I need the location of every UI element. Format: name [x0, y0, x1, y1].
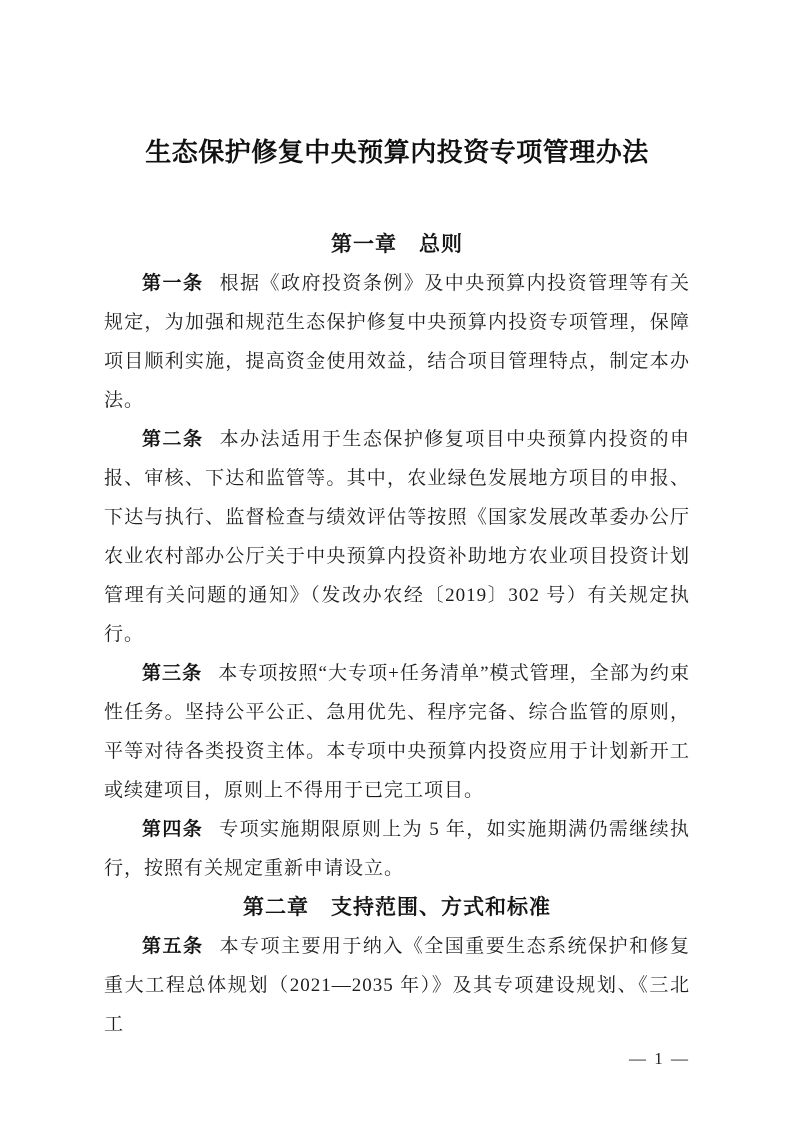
article-2-text: 本办法适用于生态保护修复项目中央预算内投资的申报、审核、下达和监管等。其中，农业… [104, 429, 690, 645]
article-2-number: 第二条 [142, 429, 203, 450]
article-3-number: 第三条 [142, 663, 202, 684]
article-1-number: 第一条 [142, 273, 203, 294]
document-title: 生态保护修复中央预算内投资专项管理办法 [104, 0, 690, 173]
article-1: 第一条根据《政府投资条例》及中央预算内投资管理等有关规定，为加强和规范生态保护修… [104, 264, 690, 420]
page-number: — 1 — [104, 1044, 690, 1074]
chapter-1-heading: 第一章 总则 [104, 225, 690, 264]
article-5-number: 第五条 [142, 936, 203, 957]
chapter-2-heading: 第二章 支持范围、方式和标准 [104, 888, 690, 927]
article-3: 第三条本专项按照“大专项+任务清单”模式管理，全部为约束性任务。坚持公平公正、急… [104, 654, 690, 810]
article-2: 第二条本办法适用于生态保护修复项目中央预算内投资的申报、审核、下达和监管等。其中… [104, 420, 690, 654]
article-4-number: 第四条 [142, 819, 203, 840]
article-4: 第四条专项实施期限原则上为 5 年，如实施期满仍需继续执行，按照有关规定重新申请… [104, 810, 690, 888]
document-page: 生态保护修复中央预算内投资专项管理办法 第一章 总则 第一条根据《政府投资条例》… [0, 0, 794, 1123]
article-5: 第五条本专项主要用于纳入《全国重要生态系统保护和修复重大工程总体规划（2021—… [104, 927, 690, 1044]
